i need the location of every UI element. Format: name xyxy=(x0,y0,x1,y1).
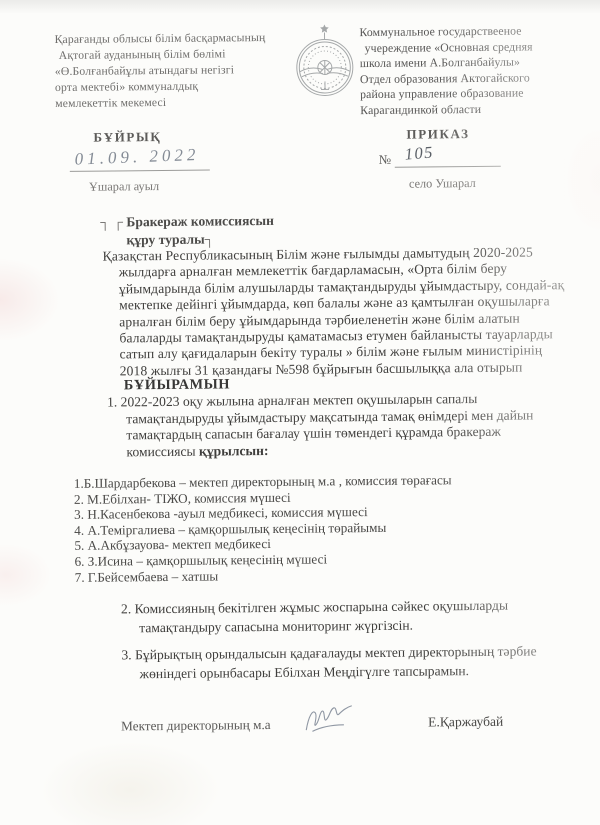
member-line: 7. Г.Бейсембаева – хатшы xyxy=(75,566,453,585)
order-item-2: 2. Комиссияның бекітілген жұмыс жоспарын… xyxy=(121,597,508,638)
corner-marks: ┐ ┌ xyxy=(100,214,123,229)
handwritten-signature xyxy=(302,703,357,735)
org-line: мемлекеттік мекемесі xyxy=(55,94,305,112)
order-item-1: 1. 2022-2023 оқу жылына арналған мектеп … xyxy=(107,390,534,460)
signatory-name: Е.Қаржаубай xyxy=(428,714,503,731)
subject-line: құру туралы┐ xyxy=(126,229,274,248)
number-sign: № xyxy=(379,152,392,168)
item-line: тамақтандыру сапасына мониторинг жүргізс… xyxy=(139,615,508,637)
date-underline xyxy=(70,170,210,172)
org-line: Карагандинкой области xyxy=(360,101,575,119)
item-line-text: комиссиясы xyxy=(126,443,199,459)
number-underline xyxy=(395,166,501,168)
coat-of-arms-icon xyxy=(292,23,357,100)
item-line: жөніндегі орынбасары Ебілхан Меңдігүлге … xyxy=(140,661,537,683)
org-name-kazakh: Қарағанды облысы білім басқармасының Ақт… xyxy=(54,30,305,112)
document-content: Қарағанды облысы білім басқармасының Ақт… xyxy=(0,0,600,825)
scanned-order-document: Қарағанды облысы білім басқармасының Ақт… xyxy=(0,0,600,825)
place-kazakh: Ұшарал ауыл xyxy=(89,179,159,195)
place-russian: село Ушарал xyxy=(409,176,476,192)
handwritten-date: 01.09. 2022 xyxy=(74,145,199,170)
org-name-russian: Коммунальное государствееное учереждение… xyxy=(359,23,575,119)
item-line-bold-text: құрылсын: xyxy=(199,443,269,459)
item-line: 3. Бұйрықтың орындалысын қадағалауды мек… xyxy=(121,642,536,665)
order-title-kazakh: БҰЙРЫҚ xyxy=(93,129,161,146)
resolution-word: БҰЙЫРАМЫН xyxy=(124,376,230,394)
signatory-role: Мектеп директорының м.а xyxy=(121,717,271,734)
order-item-3: 3. Бұйрықтың орындалысын қадағалауды мек… xyxy=(121,642,536,683)
subject-line: ┐ ┌ Бракераж комиссиясын xyxy=(100,212,274,231)
order-subject: ┐ ┌ Бракераж комиссиясын құру туралы┐ xyxy=(100,212,274,249)
subject-text: құру туралы xyxy=(126,231,204,247)
subject-text: Бракераж комиссиясын xyxy=(126,213,274,229)
item-line: комиссиясы құрылсын: xyxy=(126,440,533,461)
handwritten-number: 105 xyxy=(404,142,435,164)
preamble-paragraph: Қазақстан Республикасының Білім және ғыл… xyxy=(103,244,566,380)
corner-mark-end: ┐ xyxy=(205,231,215,246)
commission-members-list: 1.Б.Шардарбекова – мектеп директорының м… xyxy=(74,472,453,585)
order-title-russian: ПРИКАЗ xyxy=(406,126,469,143)
item-line: 2. Комиссияның бекітілген жұмыс жоспарын… xyxy=(121,597,508,619)
